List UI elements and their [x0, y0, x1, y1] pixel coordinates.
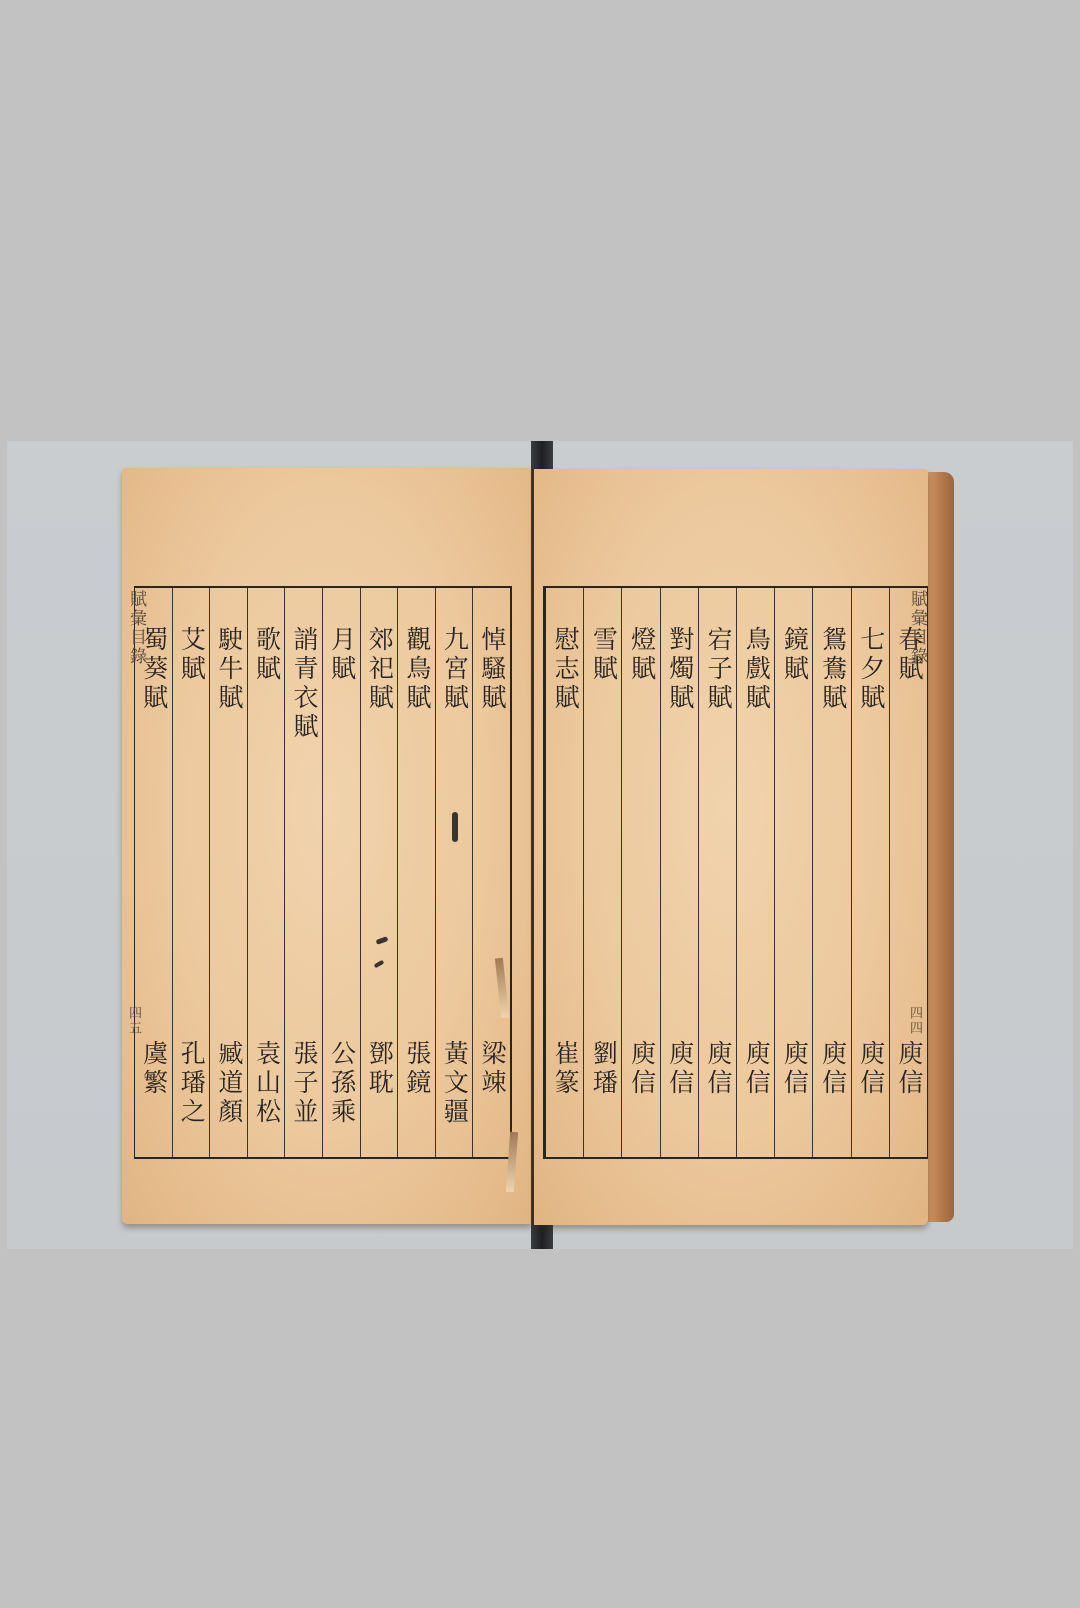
entry-title: 鏡賦 — [775, 626, 812, 684]
toc-entry: 誚青衣賦 張子並 — [284, 588, 322, 1157]
toc-entry: 悼騷賦 梁竦 — [472, 588, 510, 1157]
entry-title: 對燭賦 — [661, 626, 698, 713]
entry-title: 駛牛賦 — [210, 626, 247, 713]
entry-title: 月賦 — [323, 626, 360, 684]
entry-title: 鴛鴦賦 — [813, 626, 850, 713]
toc-entry: 鴛鴦賦 庾信 — [812, 588, 850, 1157]
entry-author: 庾信 — [699, 1040, 736, 1098]
entry-title: 艾賦 — [173, 626, 210, 684]
entry-author: 公孫乘 — [323, 1040, 360, 1127]
entry-title: 燈賦 — [622, 626, 659, 684]
toc-entry: 雪賦 劉璠 — [583, 588, 621, 1157]
toc-entry: 七夕賦 庾信 — [851, 588, 889, 1157]
entry-author: 庾信 — [622, 1040, 659, 1098]
entry-author: 孔璠之 — [173, 1040, 210, 1127]
toc-entry: 駛牛賦 臧道顏 — [209, 588, 247, 1157]
left-margin-title: 賦彙目錄 — [124, 590, 149, 666]
entry-title: 宕子賦 — [699, 626, 736, 713]
left-page-columns: 悼騷賦 梁竦 九宮賦 黃文疆 觀鳥賦 張鏡 郊祀賦 鄧耽 月賦 公孫乘 誚青衣賦… — [135, 588, 510, 1157]
right-margin-title: 賦彙目錄 — [905, 590, 930, 666]
entry-title: 觀鳥賦 — [398, 626, 435, 713]
right-page-frame: 春賦 庾信 七夕賦 庾信 鴛鴦賦 庾信 鏡賦 庾信 鳥戲賦 庾信 宕子賦 庾信 … — [543, 586, 928, 1159]
left-page-frame: 悼騷賦 梁竦 九宮賦 黃文疆 觀鳥賦 張鏡 郊祀賦 鄧耽 月賦 公孫乘 誚青衣賦… — [134, 586, 512, 1159]
entry-author: 庾信 — [813, 1040, 850, 1098]
entry-title: 郊祀賦 — [361, 626, 398, 713]
left-margin-page-number: 四五 — [124, 1006, 143, 1036]
right-page-columns: 春賦 庾信 七夕賦 庾信 鴛鴦賦 庾信 鏡賦 庾信 鳥戲賦 庾信 宕子賦 庾信 … — [546, 588, 927, 1157]
toc-entry: 九宮賦 黃文疆 — [435, 588, 473, 1157]
toc-entry: 春賦 庾信 — [889, 588, 927, 1157]
entry-title: 鳥戲賦 — [737, 626, 774, 713]
toc-entry: 鏡賦 庾信 — [774, 588, 812, 1157]
entry-author: 臧道顏 — [210, 1040, 247, 1127]
entry-title: 雪賦 — [584, 626, 621, 684]
ink-mark — [452, 812, 458, 842]
entry-author: 梁竦 — [473, 1040, 510, 1098]
entry-author: 張子並 — [285, 1040, 322, 1127]
entry-author: 崔篆 — [546, 1040, 583, 1098]
entry-title: 七夕賦 — [852, 626, 889, 713]
entry-author: 庾信 — [775, 1040, 812, 1098]
entry-author: 黃文疆 — [436, 1040, 473, 1127]
entry-author: 袁山松 — [248, 1040, 285, 1127]
entry-author: 張鏡 — [398, 1040, 435, 1098]
toc-entry: 對燭賦 庾信 — [660, 588, 698, 1157]
toc-entry: 艾賦 孔璠之 — [172, 588, 210, 1157]
entry-author: 鄧耽 — [361, 1040, 398, 1098]
toc-entry: 慰志賦 崔篆 — [546, 588, 583, 1157]
entry-author: 虞繁 — [135, 1040, 172, 1098]
entry-author: 庾信 — [852, 1040, 889, 1098]
toc-entry: 月賦 公孫乘 — [322, 588, 360, 1157]
entry-author: 庾信 — [661, 1040, 698, 1098]
entry-author: 庾信 — [737, 1040, 774, 1098]
toc-entry: 觀鳥賦 張鏡 — [397, 588, 435, 1157]
entry-title: 誚青衣賦 — [285, 626, 322, 742]
toc-entry: 郊祀賦 鄧耽 — [360, 588, 398, 1157]
entry-title: 悼騷賦 — [473, 626, 510, 713]
entry-author: 庾信 — [890, 1040, 927, 1098]
toc-entry: 鳥戲賦 庾信 — [736, 588, 774, 1157]
right-margin-page-number: 四四 — [905, 1006, 924, 1036]
entry-title: 九宮賦 — [436, 626, 473, 713]
entry-title: 歌賦 — [248, 626, 285, 684]
entry-title: 慰志賦 — [546, 626, 583, 713]
toc-entry: 蜀葵賦 虞繁 — [135, 588, 172, 1157]
toc-entry: 歌賦 袁山松 — [247, 588, 285, 1157]
toc-entry: 燈賦 庾信 — [621, 588, 659, 1157]
toc-entry: 宕子賦 庾信 — [698, 588, 736, 1157]
entry-author: 劉璠 — [584, 1040, 621, 1098]
